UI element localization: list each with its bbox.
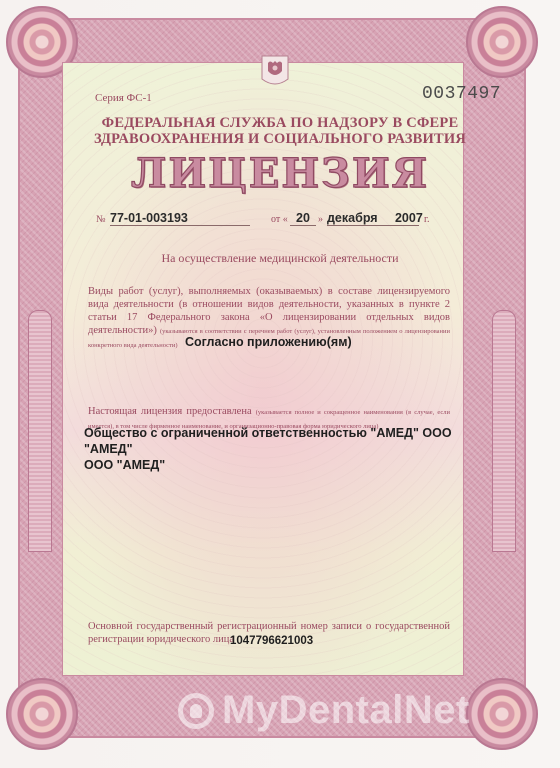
license-purpose: На осуществление медицинской деятельност… (80, 251, 480, 266)
watermark-text: MyDentalNet (222, 688, 470, 733)
date-year: 2007 (395, 211, 423, 225)
agency-name-line1: ФЕДЕРАЛЬНАЯ СЛУЖБА ПО НАДЗОРУ В СФЕРЕ (80, 115, 480, 132)
corner-rosette-icon (466, 678, 538, 750)
holder-line1: Общество с ограниченной ответственностью… (84, 425, 454, 457)
date-month-year: декабря 2007 (327, 211, 419, 226)
side-panel-left (28, 310, 52, 552)
date-suffix: г. (424, 214, 429, 225)
license-holder: Общество с ограниченной ответственностью… (84, 425, 454, 473)
side-panel-right (492, 310, 516, 552)
date-quote-close: » (318, 214, 323, 225)
corner-rosette-icon (6, 678, 78, 750)
corner-rosette-icon (466, 6, 538, 78)
serial-number: 0037497 (422, 84, 501, 104)
license-number: 77-01-003193 (110, 211, 250, 226)
number-prefix: № (96, 214, 106, 225)
date-day: 20 (290, 211, 316, 226)
coat-of-arms-icon (261, 55, 289, 89)
document-title: ЛИЦЕНЗИЯ (80, 150, 480, 197)
tooth-logo-icon (178, 693, 214, 729)
agency-name-line2: ЗДРАВООХРАНЕНИЯ И СОЦИАЛЬНОГО РАЗВИТИЯ (80, 131, 480, 148)
holder-line2: ООО "АМЕД" (84, 457, 454, 473)
works-value: Согласно приложению(ям) (185, 335, 352, 349)
date-prefix: от « (271, 214, 288, 225)
ogrn-value: 1047796621003 (230, 635, 313, 647)
date-month: декабря (327, 211, 378, 225)
granted-text: Настоящая лицензия предоставлена (88, 406, 252, 417)
license-page: Серия ФС-1 0037497 ФЕДЕРАЛЬНАЯ СЛУЖБА ПО… (0, 0, 560, 768)
series-label: Серия ФС-1 (95, 92, 152, 104)
